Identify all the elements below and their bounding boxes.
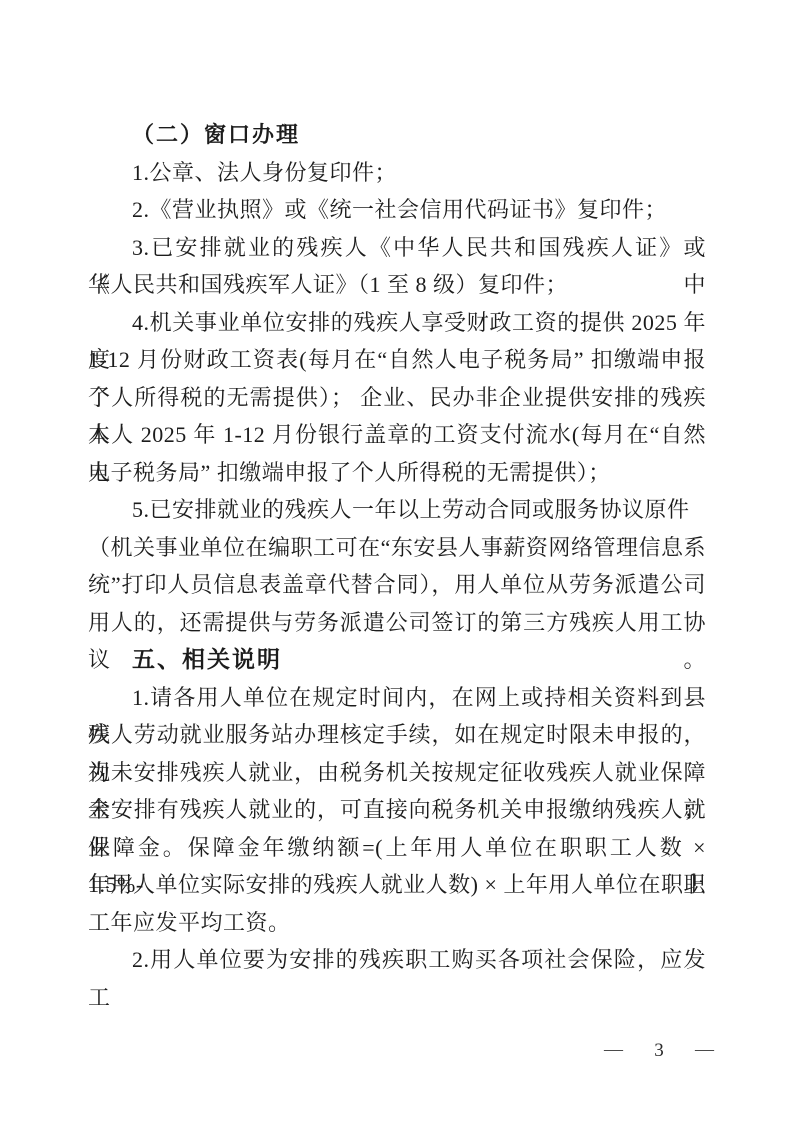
note-1-line-2: 疾人劳动就业服务站办理核定手续，如在规定时限未申报的，视	[88, 716, 706, 754]
list-item-3-line-1: 3.已安排就业的残疾人《中华人民共和国残疾人证》或《中	[88, 229, 706, 267]
document-page: （二）窗口办理 1.公章、法人身份复印件； 2.《营业执照》或《统一社会信用代码…	[0, 0, 793, 1122]
subsection-heading-window-handling: （二）窗口办理	[88, 116, 706, 154]
page-footer: — 3 —	[604, 1038, 714, 1064]
note-1-line-4: 未安排有残疾人就业的，可直接向税务机关申报缴纳残疾人就业	[88, 791, 706, 829]
note-1-line-7: 工年应发平均工资。	[88, 904, 706, 942]
list-item-4-line-1: 4.机关事业单位安排的残疾人享受财政工资的提供 2025 年度	[88, 304, 706, 342]
list-item-1: 1.公章、法人身份复印件；	[88, 154, 706, 192]
list-item-4-line-2: 1-12 月份财政工资表(每月在“自然人电子税务局” 扣缴端申报了	[88, 341, 706, 379]
note-2-line-1: 2.用人单位要为安排的残疾职工购买各项社会保险，应发工	[88, 941, 706, 979]
page-number: 3	[654, 1040, 664, 1062]
list-item-5-line-1: 5.已安排就业的残疾人一年以上劳动合同或服务协议原件	[88, 491, 706, 529]
list-item-5-line-3: 统”打印人员信息表盖章代替合同），用人单位从劳务派遣公司	[88, 566, 706, 604]
list-item-5-line-4: 用人的，还需提供与劳务派遣公司签订的第三方残疾人用工协议。	[88, 604, 706, 642]
list-item-4-line-4: 本人 2025 年 1-12 月份银行盖章的工资支付流水(每月在“自然人	[88, 416, 706, 454]
list-item-4-line-5: 电子税务局” 扣缴端申报了个人所得税的无需提供）；	[88, 454, 706, 492]
list-item-4-line-3: 个人所得税的无需提供）； 企业、民办非企业提供安排的残疾人	[88, 379, 706, 417]
footer-right-dash: —	[695, 1039, 714, 1061]
document-body: （二）窗口办理 1.公章、法人身份复印件； 2.《营业执照》或《统一社会信用代码…	[88, 116, 706, 979]
list-item-5-line-2: （机关事业单位在编职工可在“东安县人事薪资网络管理信息系	[88, 529, 706, 567]
list-item-2: 2.《营业执照》或《统一社会信用代码证书》复印件；	[88, 191, 706, 229]
footer-left-dash: —	[604, 1039, 623, 1061]
note-1-line-6: 年用人单位实际安排的残疾人就业人数) × 上年用人单位在职职	[88, 866, 706, 904]
note-1-line-3: 为未安排残疾人就业，由税务机关按规定征收残疾人就业保障金；	[88, 754, 706, 792]
note-1-line-5: 保障金。保障金年缴纳额=(上年用人单位在职职工人数 × 1.5%-上	[88, 829, 706, 867]
note-1-line-1: 1.请各用人单位在规定时间内，在网上或持相关资料到县残	[88, 679, 706, 717]
